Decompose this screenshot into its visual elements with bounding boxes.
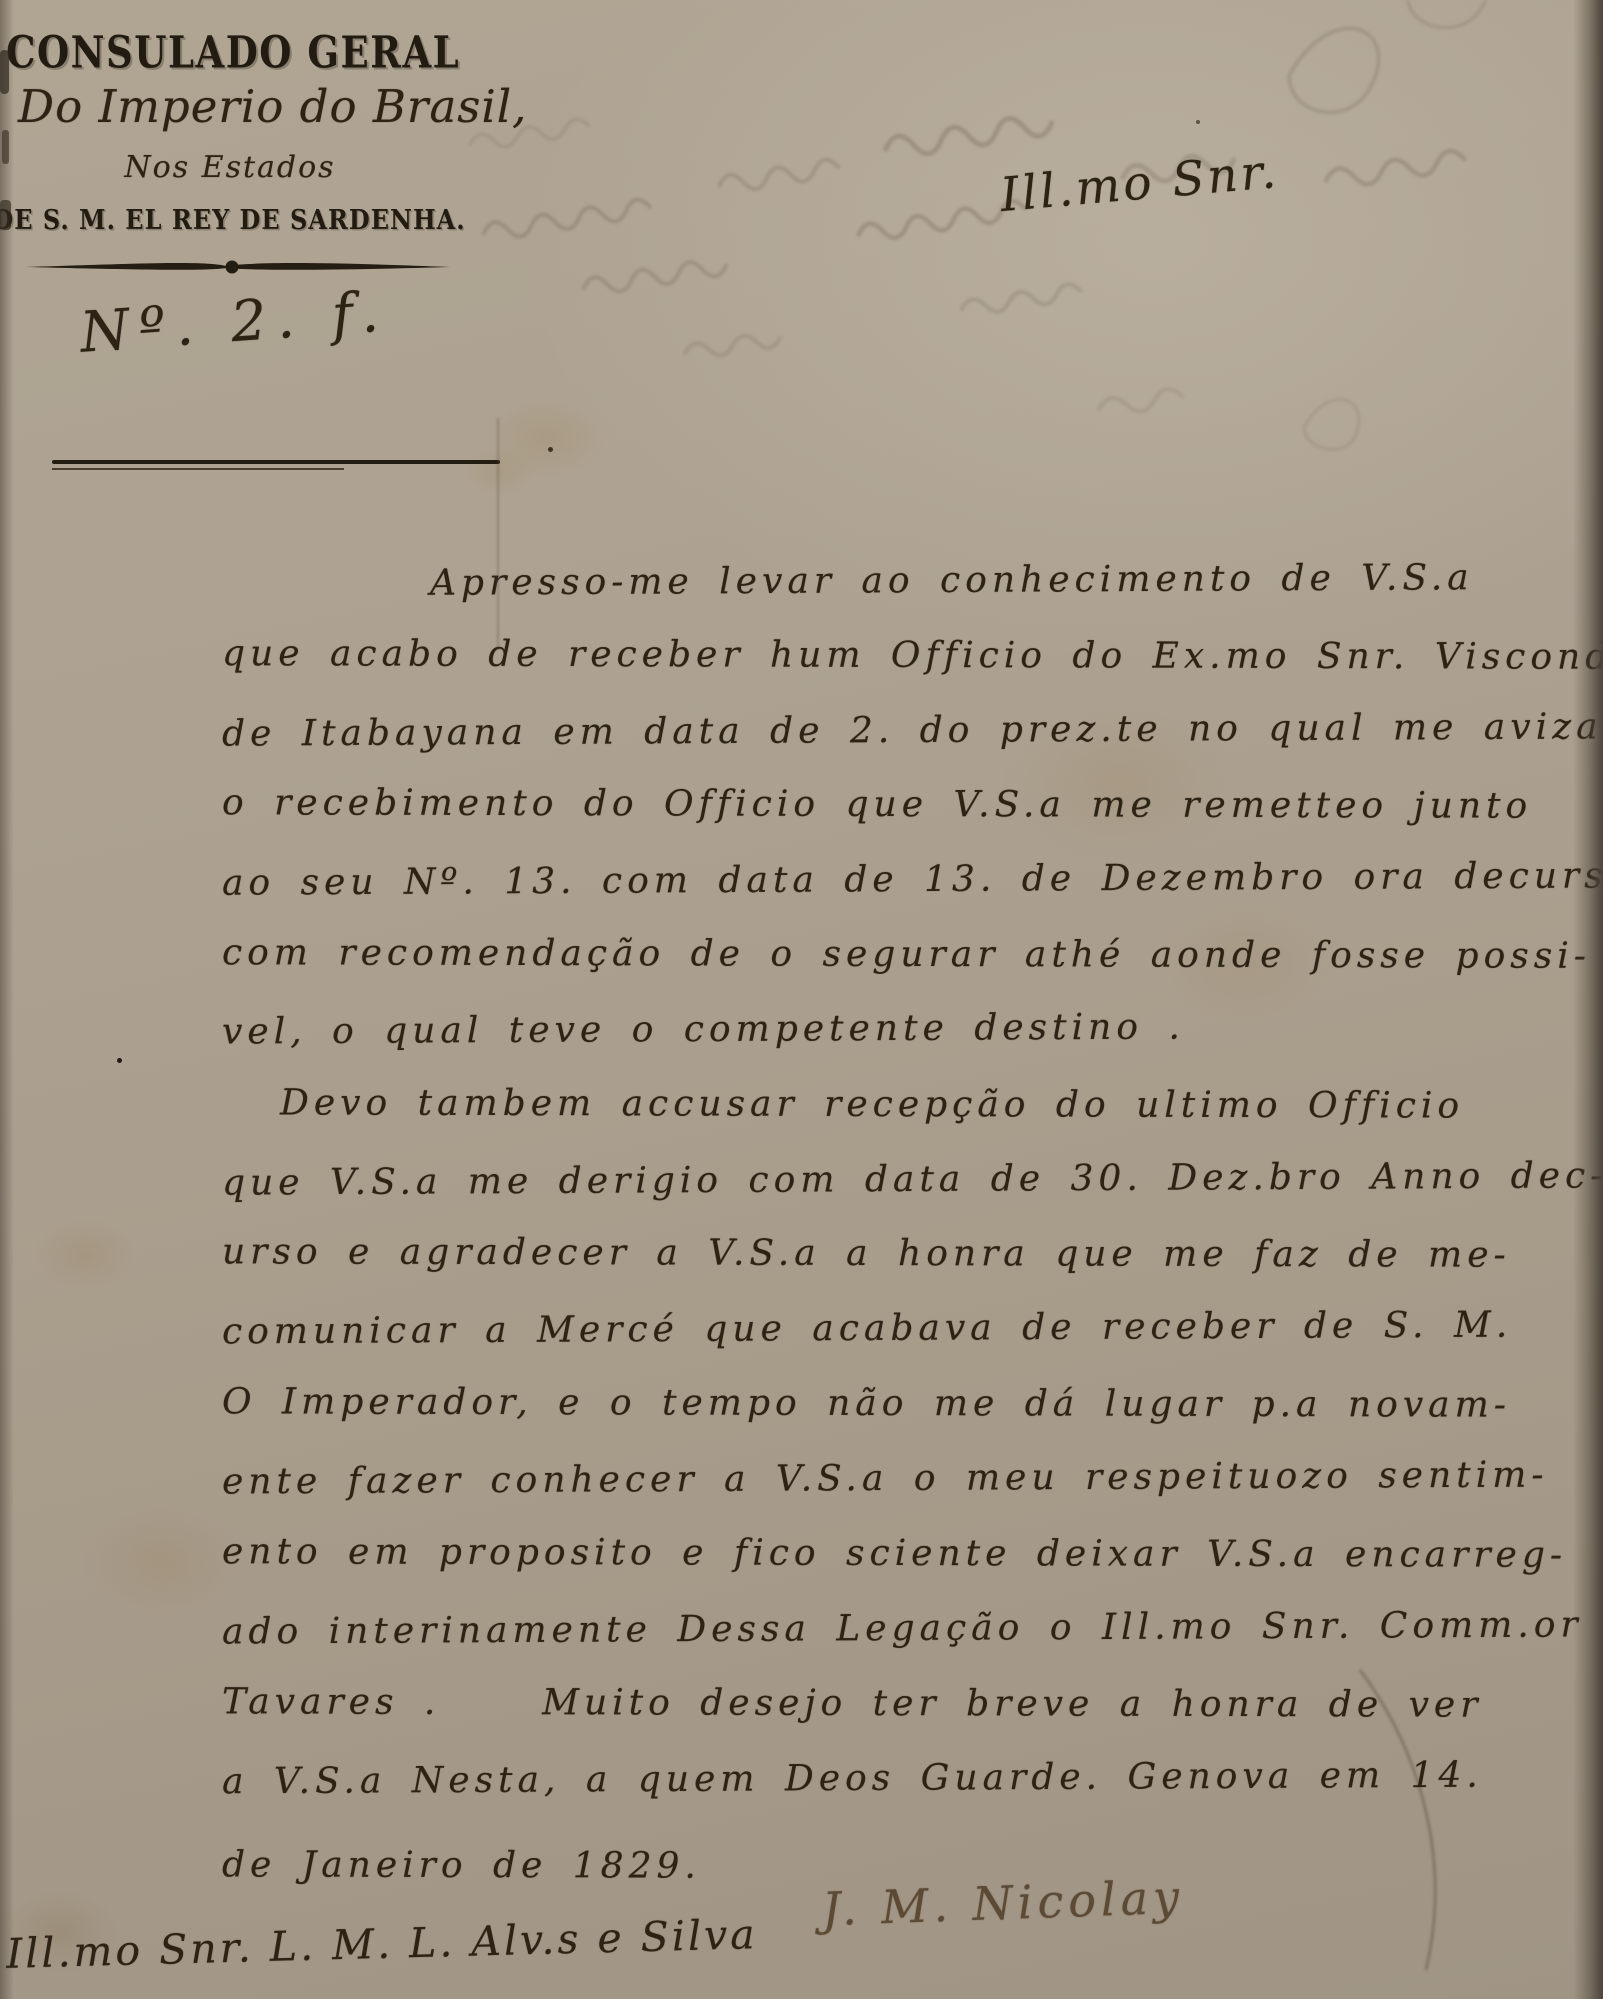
body-line: ado interinamente Dessa Legação o Ill.mo… (222, 1602, 1583, 1655)
reference-number: Nº. 2. f. (78, 279, 390, 365)
ink-speck (548, 447, 553, 452)
body-line: a V.S.a Nesta, a quem Deos Guarde. Genov… (222, 1753, 1483, 1806)
page-edge-shadow-left (0, 0, 14, 1999)
signature: J. M. Nicolay (821, 1870, 1185, 1937)
body-line: ento em proposito e fico sciente deixar … (222, 1529, 1567, 1579)
body-line: ao seu Nº. 13. com data de 13. de Dezemb… (222, 853, 1603, 906)
reference-underline (52, 460, 500, 464)
reference-underline-thin (52, 468, 344, 470)
letterhead-divider-rule (26, 258, 450, 276)
body-line: que acabo de receber hum Officio do Ex.m… (222, 631, 1603, 681)
body-line: que V.S.a me derigio com data de 30. Dez… (222, 1153, 1603, 1206)
addressee-line: Ill.mo Snr. L. M. L. Alv.s e Silva (6, 1910, 759, 1978)
body-line: comunicar a Mercé que acabava de receber… (222, 1303, 1513, 1356)
ink-speck (1196, 120, 1200, 124)
paper-crease (497, 418, 499, 650)
body-line: Devo tambem accusar recepção do ultimo O… (280, 1080, 1464, 1129)
body-line: Tavares . Muito desejo ter breve a honra… (222, 1679, 1483, 1728)
letterhead-consulado-geral: CONSULADO GERAL (6, 26, 452, 78)
page-edge-shadow-right (1573, 0, 1603, 1999)
body-line: de Janeiro de 1829. (222, 1842, 701, 1889)
body-line: de Itabayana em data de 2. do prez.te no… (222, 704, 1603, 757)
body-line: urso e agradecer a V.S.a a honra que me … (222, 1229, 1511, 1278)
scanned-letter-page: CONSULADO GERAL Do Imperio do Brasil, No… (0, 0, 1603, 1999)
letterhead-nos-estados: Nos Estados (18, 150, 442, 185)
body-line: com recomendação de o segurar athé aonde… (222, 930, 1591, 980)
bleed-through-ink (430, 0, 1603, 560)
body-line: O Imperador, e o tempo não me dá lugar p… (222, 1379, 1511, 1428)
body-line: o recebimento do Officio que V.S.a me re… (222, 780, 1532, 829)
body-line: vel, o qual teve o competente destino . (222, 1004, 1185, 1055)
letterhead-imperio-brasil: Do Imperio do Brasil, (18, 80, 442, 133)
body-line: ente fazer conhecer a V.S.a o meu respei… (222, 1453, 1549, 1506)
letterhead-rey-sardenha: DE S. M. EL REY DE SARDENHA. (0, 203, 466, 235)
body-line: Apresso-me levar ao conhecimento de V.S.… (430, 555, 1474, 606)
ink-speck (117, 1058, 122, 1063)
